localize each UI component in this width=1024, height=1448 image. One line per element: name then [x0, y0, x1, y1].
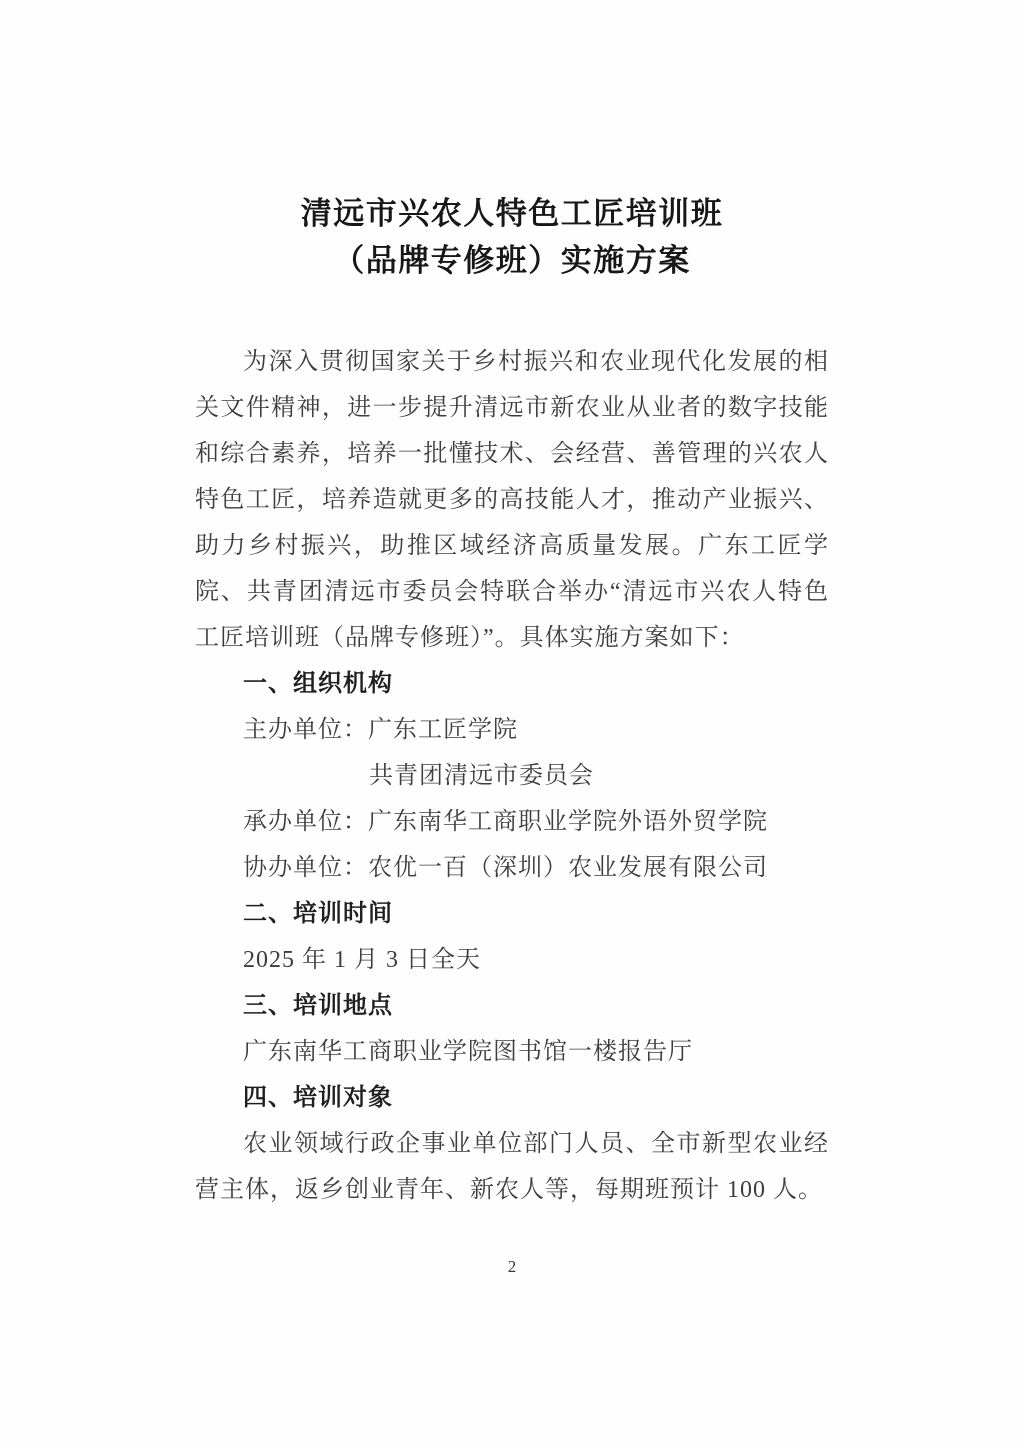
scanned-document-page: 清远市兴农人特色工匠培训班 （品牌专修班）实施方案 为深入贯彻国家关于乡村振兴和… [0, 0, 1024, 1448]
doc-title-line2: （品牌专修班）实施方案 [0, 237, 1024, 284]
intro-paragraph: 为深入贯彻国家关于乡村振兴和农业现代化发展的相关文件精神，进一步提升清远市新农业… [195, 339, 829, 661]
training-audience-paragraph: 农业领域行政企事业单位部门人员、全市新型农业经营主体，返乡创业青年、新农人等，每… [195, 1121, 829, 1213]
doc-title-line1: 清远市兴农人特色工匠培训班 [0, 190, 1024, 237]
doc-title: 清远市兴农人特色工匠培训班 （品牌专修班）实施方案 [0, 190, 1024, 284]
training-time-line: 2025 年 1 月 3 日全天 [195, 937, 829, 983]
doc-body: 为深入贯彻国家关于乡村振兴和农业现代化发展的相关文件精神，进一步提升清远市新农业… [195, 339, 829, 1213]
training-place-line: 广东南华工商职业学院图书馆一楼报告厅 [195, 1029, 829, 1075]
section-heading-training-place: 三、培训地点 [195, 983, 829, 1029]
host-unit-line: 主办单位：广东工匠学院 [195, 707, 829, 753]
section-heading-organization: 一、组织机构 [195, 661, 829, 707]
host-unit-line-2: 共青团清远市委员会 [195, 753, 829, 799]
organizer-unit-line: 承办单位：广东南华工商职业学院外语外贸学院 [195, 799, 829, 845]
assistant-unit-line: 协办单位：农优一百（深圳）农业发展有限公司 [195, 845, 829, 891]
page-number: 2 [0, 1256, 1024, 1278]
section-heading-training-time: 二、培训时间 [195, 891, 829, 937]
section-heading-training-audience: 四、培训对象 [195, 1075, 829, 1121]
